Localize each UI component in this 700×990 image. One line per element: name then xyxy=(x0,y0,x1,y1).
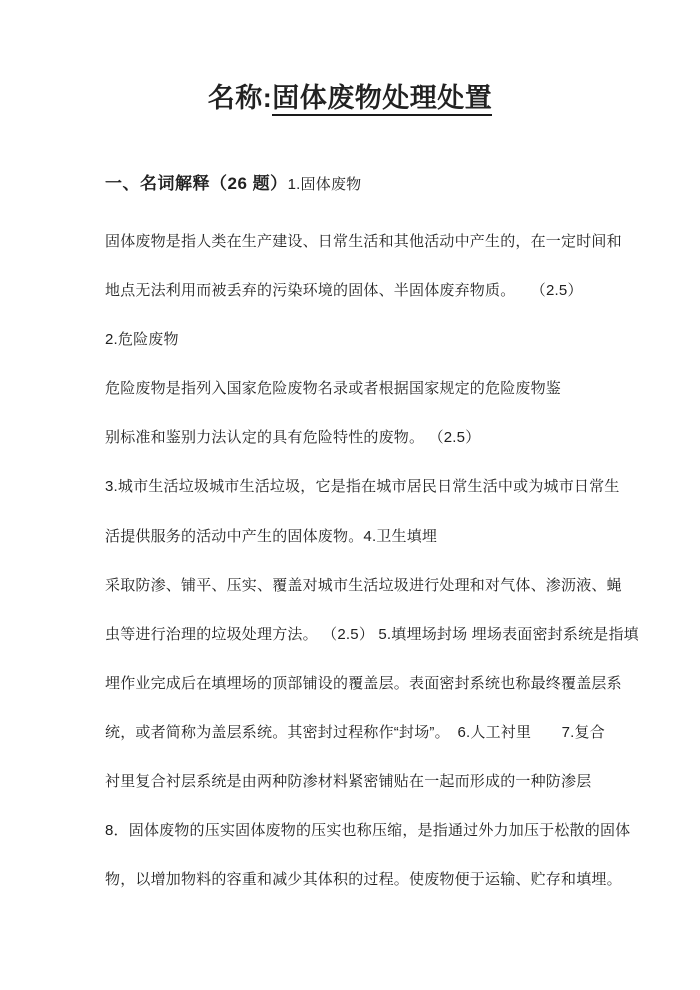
document-line: 别标准和鉴别力法认定的具有危险特性的废物。 （2.5） xyxy=(105,413,615,462)
section-heading-bold: 一、名词解释（26 题） xyxy=(105,174,288,193)
page-title: 名称:固体废物处理处置 xyxy=(0,78,700,118)
section-heading-inline: 1.固体废物 xyxy=(288,176,362,193)
document-line: 活提供服务的活动中产生的固体废物。4.卫生填埋 xyxy=(105,512,615,561)
page-title-underlined: 固体废物处理处置 xyxy=(272,83,492,116)
document-line: 固体废物是指人类在生产建设、日常生活和其他活动中产生的，在一定时间和 xyxy=(105,217,615,266)
document-line: 地点无法利用而被丢弃的污染环境的固体、半固体废弃物质。 （2.5） xyxy=(105,266,615,315)
document-line: 3.城市生活垃圾城市生活垃圾，它是指在城市居民日常生活中或为城市日常生 xyxy=(105,462,615,511)
document-line: 危险废物是指列入国家危险废物名录或者根据国家规定的危险废物鉴 xyxy=(105,364,615,413)
document-line: 虫等进行治理的垃圾处理方法。 （2.5） 5.填埋场封场 埋场表面密封系统是指填 xyxy=(105,610,615,659)
page-title-prefix: 名称: xyxy=(208,83,273,113)
document-line: 埋作业完成后在填埋场的顶部铺设的覆盖层。表面密封系统也称最终覆盖层系 xyxy=(105,659,615,708)
document-body: 固体废物是指人类在生产建设、日常生活和其他活动中产生的，在一定时间和 地点无法利… xyxy=(105,217,615,904)
document-line: 物，以增加物料的容重和减少其体积的过程。使废物便于运输、贮存和填埋。 xyxy=(105,855,615,904)
document-page: 名称:固体废物处理处置 一、名词解释（26 题）1.固体废物 固体废物是指人类在… xyxy=(0,0,700,990)
document-line: 采取防渗、铺平、压实、覆盖对城市生活垃圾进行处理和对气体、渗沥液、蝇 xyxy=(105,561,615,610)
document-line: 2.危险废物 xyxy=(105,315,615,364)
document-line: 统，或者简称为盖层系统。其密封过程称作“封场”。 6.人工衬里 7.复合 xyxy=(105,708,615,757)
document-line: 8．固体废物的压实固体废物的压实也称压缩，是指通过外力加压于松散的固体 xyxy=(105,806,615,855)
document-line: 衬里复合衬层系统是由两种防渗材料紧密铺贴在一起而形成的一种防渗层 xyxy=(105,757,615,806)
section-heading: 一、名词解释（26 题）1.固体废物 xyxy=(105,170,361,199)
